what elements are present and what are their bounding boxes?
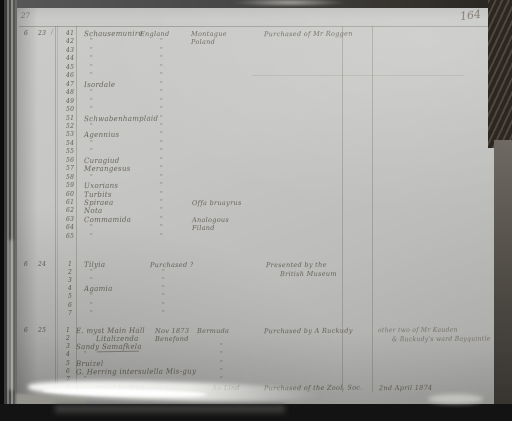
header-rule [19,26,491,27]
pencil-note: 27 [21,12,30,20]
margin-rule [57,26,58,392]
folio-number: 164 [459,8,481,23]
column-rule [342,26,343,392]
page-edge-stack [488,0,512,148]
book-fore-edge [494,140,512,408]
light-glare-small [428,394,483,404]
table-shadow [55,405,285,413]
number-column-rule [76,26,77,392]
ledger-photograph: 164 27 / 62341SchausemunireEnglandMontag… [0,0,512,421]
margin-rule [55,26,56,392]
tick-mark: / [51,29,53,36]
faint-rule [252,75,464,76]
spine-highlight [9,240,13,390]
column-rule [372,26,373,392]
register-page [16,7,494,404]
